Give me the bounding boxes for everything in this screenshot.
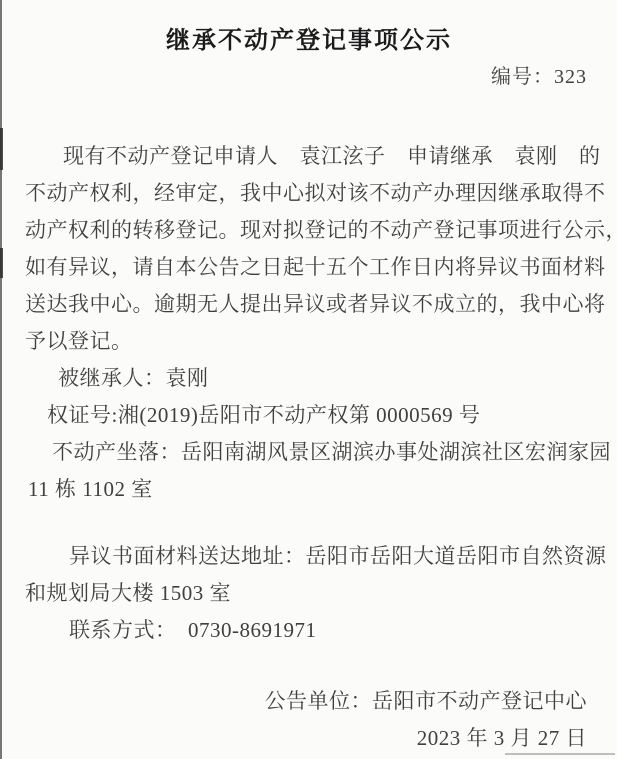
certificate-number-line: 权证号:湘(2019)岳阳市不动产权第 0000569 号 [25,397,587,434]
issuer-line: 公告单位：岳阳市不动产登记中心 [25,683,587,720]
notice-paragraph-line-6: 予以登记。 [25,323,587,360]
notice-document-page: 继承不动产登记事项公示 编号：323 现有不动产登记申请人 袁江泫子 申请继承 … [0,0,617,759]
objection-address-continuation-line: 和规划局大楼 1503 室 [25,575,587,612]
notice-paragraph-line-1: 现有不动产登记申请人 袁江泫子 申请继承 袁刚 的 [25,138,587,175]
notice-paragraph-line-2: 不动产权利，经审定，我中心拟对该不动产办理因继承取得不 [25,175,587,212]
decedent-line: 被继承人：袁刚 [25,360,587,397]
notice-paragraph-line-3: 动产权利的转移登记。现对拟登记的不动产登记事项进行公示， [25,212,587,249]
spacer [25,508,587,538]
property-location-continuation-line: 11 栋 1102 室 [25,471,587,508]
left-scan-dash-artifact [0,128,3,170]
property-location-line: 不动产坐落：岳阳南湖风景区湖滨办事处湖滨社区宏润家园 [25,434,587,471]
page-title: 继承不动产登记事项公示 [25,26,587,56]
notice-content: 继承不动产登记事项公示 编号：323 现有不动产登记申请人 袁江泫子 申请继承 … [25,26,587,757]
notice-paragraph-line-5: 送达我中心。逾期无人提出异议或者异议不成立的，我中心将 [25,286,587,323]
notice-paragraph-line-4: 如有异议，请自本公告之日起十五个工作日内将异议书面材料 [25,249,587,286]
doc-number: 编号：323 [25,62,587,92]
objection-address-line: 异议书面材料送达地址：岳阳市岳阳大道岳阳市自然资源 [25,538,587,575]
issue-date-line: 2023 年 3 月 27 日 [25,720,587,757]
left-scan-dash-artifact [0,248,3,278]
left-scan-edge-artifact [0,0,2,759]
spacer [25,649,587,683]
contact-phone-line: 联系方式： 0730-8691971 [25,612,587,649]
